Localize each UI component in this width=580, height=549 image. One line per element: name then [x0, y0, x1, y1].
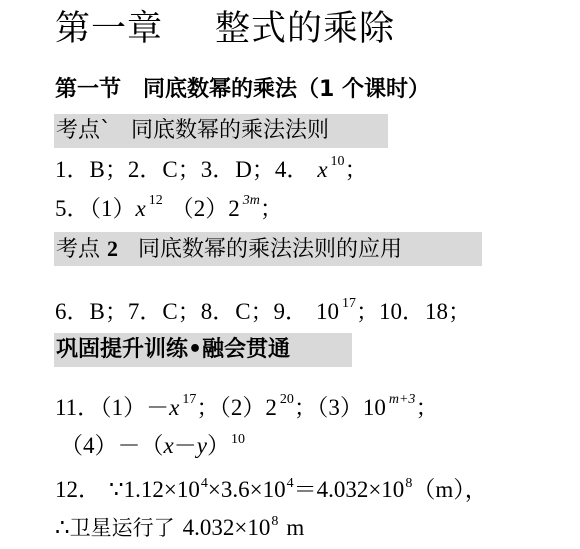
- answer-11-1-base: x: [169, 395, 179, 420]
- answer-12-term-b-exponent: 4: [287, 476, 294, 491]
- topic-2-title: 同底数幂的乘法法则的应用: [138, 237, 402, 262]
- answer-4-suffix: ；: [345, 157, 368, 182]
- answer-4-exponent: 10: [331, 154, 345, 169]
- section-number: 第一节: [55, 77, 121, 102]
- answer-5-2-prefix: （2）: [171, 196, 229, 221]
- answer-5-suffix: ；: [260, 196, 283, 221]
- answer-2: 2．C；: [128, 157, 201, 182]
- answer-11-1-suffix: ；（2）: [196, 395, 265, 420]
- chapter-title: 第一章整式的乘除: [55, 6, 395, 52]
- topic-2-heading: 考点 2同底数幂的乘法法则的应用: [54, 232, 482, 266]
- answer-12-result: ＝4.032×10: [294, 477, 405, 502]
- answer-9-exponent: 17: [342, 296, 356, 311]
- answer-11-3-base: 10: [363, 395, 386, 420]
- topic-3-heading: 巩固提升训练•融会贯通: [54, 333, 352, 367]
- answer-11-4-prefix: （4）－（: [60, 433, 164, 458]
- therefore-symbol: ∴: [55, 515, 70, 540]
- answers-12-calculation: 12．∵1.12×104×3.6×104＝4.032×108（m），: [55, 475, 488, 505]
- section-title: 第一节同底数幂的乘法（1 个课时）: [55, 74, 430, 106]
- answer-8: 8．C；: [201, 299, 274, 324]
- answer-11-2-exponent: 20: [280, 392, 294, 407]
- answer-5-1-exponent: 12: [149, 193, 163, 208]
- answer-9-prefix: 9．: [274, 299, 309, 324]
- chapter-number: 第一章: [55, 9, 163, 49]
- topic-3-title: 巩固提升训练•融会贯通: [56, 337, 290, 362]
- answer-10: 10．18；: [379, 299, 471, 324]
- answers-11-part-1-3: 11．（1）－x17；（2）220；（3）10m+3；: [55, 393, 438, 423]
- answer-12-term-a: 1.12×10: [124, 477, 200, 502]
- answer-11-4-y: y: [197, 433, 207, 458]
- answers-11-part-4: （4）－（x－y）10: [60, 431, 245, 461]
- answer-11-1-exponent: 17: [182, 392, 196, 407]
- chapter-name: 整式的乘除: [215, 9, 395, 49]
- answer-11-4-close: ）: [207, 433, 230, 458]
- answer-5-prefix: 5．（1）: [55, 196, 136, 221]
- answer-12-conclusion-value: 4.032×10: [183, 515, 271, 540]
- answer-12-term-b: ×3.6×10: [208, 477, 286, 502]
- topic-2-number: 2: [107, 236, 118, 261]
- because-symbol: ∵: [109, 477, 124, 502]
- answers-5: 5．（1）x12（2）23m；: [55, 194, 283, 224]
- answer-11-2-base: 2: [265, 395, 277, 420]
- answer-11-4-exponent: 10: [231, 432, 245, 447]
- answer-11-3-exponent: m+3: [389, 392, 416, 407]
- answer-12-term-a-exponent: 4: [201, 476, 208, 491]
- answer-11-2-suffix: ；（3）: [294, 395, 363, 420]
- answer-12-conclusion-text: 卫星运行了: [70, 516, 175, 540]
- answer-1: 1．B；: [55, 157, 128, 182]
- topic-1-heading: 考点`同底数幂的乘法法则: [54, 114, 388, 148]
- answer-6: 6．B；: [55, 299, 128, 324]
- answer-11-4-x: x: [164, 433, 174, 458]
- answer-7: 7．C；: [128, 299, 201, 324]
- answer-9-base: 10: [316, 299, 339, 324]
- answer-12-conclusion-exponent: 8: [271, 514, 278, 529]
- answer-3: 3．D；: [201, 157, 275, 182]
- answers-12-conclusion: ∴卫星运行了4.032×108m: [55, 513, 304, 543]
- answer-12-unit: （m），: [412, 477, 487, 502]
- answer-11-prefix: 11．（1）－: [55, 395, 169, 420]
- answer-5-2-exponent: 3m: [243, 193, 260, 208]
- answer-4-base: x: [317, 157, 327, 182]
- topic-2-label: 考点: [56, 237, 100, 262]
- answer-11-3-suffix: ；: [415, 395, 438, 420]
- topic-1-label: 考点`: [56, 118, 111, 143]
- answer-9-suffix: ；: [356, 299, 379, 324]
- answers-6-10: 6．B；7．C；8．C；9．1017；10．18；: [55, 297, 471, 327]
- answer-12-conclusion-unit: m: [286, 515, 304, 540]
- answer-11-4-minus: －: [174, 433, 197, 458]
- topic-1-title: 同底数幂的乘法法则: [131, 118, 329, 143]
- answer-5-2-base: 2: [228, 196, 240, 221]
- answer-12-prefix: 12．: [55, 477, 101, 502]
- answer-4-prefix: 4．: [275, 157, 310, 182]
- section-name: 同底数幂的乘法（1 个课时）: [143, 77, 430, 102]
- answer-5-1-base: x: [136, 196, 146, 221]
- answers-1-4: 1．B；2．C；3．D；4．x10；: [55, 155, 368, 185]
